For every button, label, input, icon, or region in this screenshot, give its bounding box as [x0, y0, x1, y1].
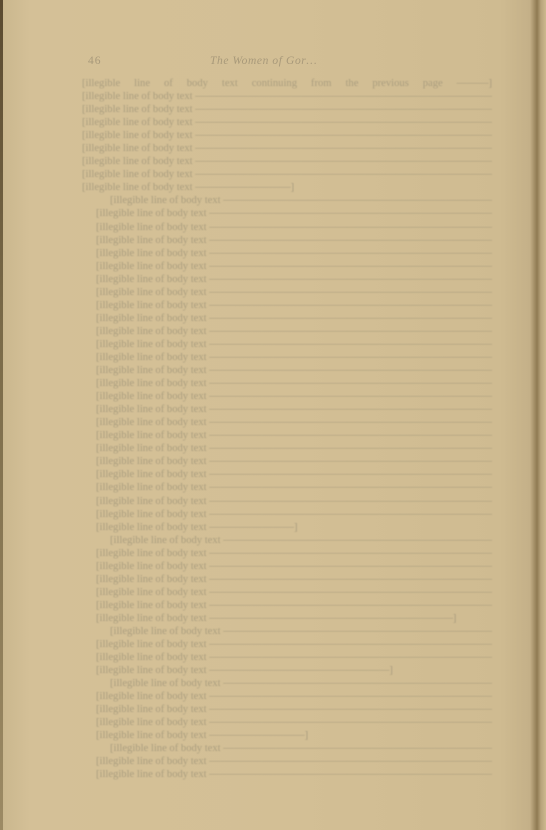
text-line: [illegible line of body text ———————————… [82, 207, 492, 220]
text-line: [illegible line of body text continuing … [82, 77, 492, 90]
text-line: [illegible line of body text ———————————… [82, 638, 492, 651]
text-line: [illegible line of body text ———————————… [82, 560, 492, 573]
text-line: [illegible line of body text ———————————… [82, 299, 492, 312]
text-line: [illegible line of body text ———————————… [82, 390, 492, 403]
text-line: [illegible line of body text ———————————… [82, 429, 492, 442]
text-line: [illegible line of body text ———————————… [82, 416, 492, 429]
text-line: [illegible line of body text ———————————… [82, 508, 492, 521]
text-line: [illegible line of body text ———————————… [82, 377, 492, 390]
text-line: [illegible line of body text ———————————… [82, 534, 492, 547]
text-line: [illegible line of body text ———————————… [82, 599, 492, 612]
text-line: [illegible line of body text ———————————… [82, 703, 492, 716]
page-edge-shadow [0, 0, 3, 830]
body-text: [illegible line of body text continuing … [82, 77, 492, 782]
text-line: [illegible line of body text ———————————… [82, 468, 492, 481]
text-line: [illegible line of body text ———————————… [82, 338, 492, 351]
text-line: [illegible line of body text ———————————… [82, 742, 492, 755]
text-line: [illegible line of body text ———————————… [82, 690, 492, 703]
text-line: [illegible line of body text ———————————… [82, 651, 492, 664]
text-line: [illegible line of body text ———————————… [82, 129, 492, 142]
text-line: [illegible line of body text ———————————… [82, 155, 492, 168]
paragraph: [illegible line of body text continuing … [82, 77, 492, 194]
text-line: [illegible line of body text ———————————… [82, 768, 492, 781]
text-line: [illegible line of body text ———————————… [82, 586, 492, 599]
page-number: 46 [88, 55, 102, 67]
text-line: [illegible line of body text ———————————… [82, 677, 492, 690]
text-line: [illegible line of body text ———————————… [82, 90, 492, 103]
text-line: [illegible line of body text ———————————… [82, 103, 492, 116]
text-line: [illegible line of body text ———————————… [82, 312, 492, 325]
paragraph: [illegible line of body text ———————————… [82, 677, 492, 742]
text-line: [illegible line of body text —————————] [82, 181, 492, 194]
text-line: [illegible line of body text ———————————… [82, 755, 492, 768]
text-line: [illegible line of body text ———————————… [82, 234, 492, 247]
text-line: [illegible line of body text —————————] [82, 729, 492, 742]
paragraph: [illegible line of body text ———————————… [82, 742, 492, 781]
text-line: [illegible line of body text ———————————… [82, 142, 492, 155]
text-line: [illegible line of body text ———————————… [82, 168, 492, 181]
paragraph: [illegible line of body text ———————————… [82, 194, 492, 533]
text-line: [illegible line of body text ———————————… [82, 547, 492, 560]
paragraph: [illegible line of body text ———————————… [82, 625, 492, 677]
text-line: [illegible line of body text ———————————… [82, 495, 492, 508]
text-line: [illegible line of body text ———————————… [82, 664, 492, 677]
text-line: [illegible line of body text ———————————… [82, 351, 492, 364]
text-line: [illegible line of body text ———————————… [82, 325, 492, 338]
text-line: [illegible line of body text ———————————… [82, 455, 492, 468]
text-line: [illegible line of body text ———————————… [82, 442, 492, 455]
text-line: [illegible line of body text ———————————… [82, 260, 492, 273]
text-line: [illegible line of body text ———————————… [82, 481, 492, 494]
scanned-page: 46 The Women of Gor… [illegible line of … [0, 0, 546, 830]
text-line: [illegible line of body text ———————————… [82, 247, 492, 260]
text-line: [illegible line of body text ———————————… [82, 221, 492, 234]
text-line: [illegible line of body text ———————————… [82, 194, 492, 207]
text-line: [illegible line of body text ———————————… [82, 625, 492, 638]
text-line: [illegible line of body text ———————————… [82, 612, 492, 625]
text-line: [illegible line of body text ———————————… [82, 716, 492, 729]
text-line: [illegible line of body text ———————————… [82, 573, 492, 586]
running-head: 46 The Women of Gor… [82, 55, 492, 71]
text-line: [illegible line of body text ———————————… [82, 116, 492, 129]
text-line: [illegible line of body text ———————————… [82, 286, 492, 299]
text-line: [illegible line of body text ————————] [82, 521, 492, 534]
text-line: [illegible line of body text ———————————… [82, 273, 492, 286]
text-line: [illegible line of body text ———————————… [82, 403, 492, 416]
running-head-title: The Women of Gor… [210, 55, 317, 67]
text-line: [illegible line of body text ———————————… [82, 364, 492, 377]
paragraph: [illegible line of body text ———————————… [82, 534, 492, 625]
